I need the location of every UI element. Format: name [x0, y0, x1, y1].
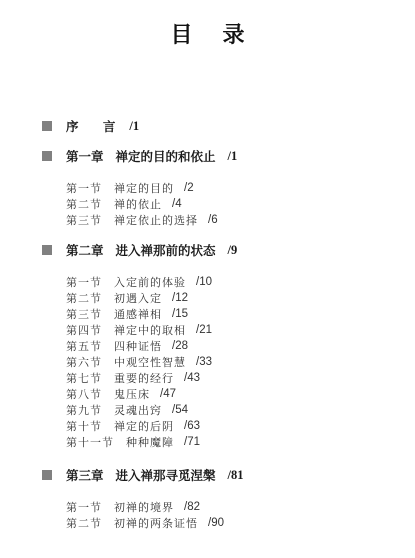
section-number: 第一节	[66, 274, 102, 290]
toc-preface[interactable]: 序 言 /1	[42, 118, 139, 134]
toc-section[interactable]: 第八节 鬼压床 /47	[66, 386, 176, 401]
toc-section[interactable]: 第七节 重要的经行 /43	[66, 370, 200, 385]
toc-chapter-3[interactable]: 第三章 进入禅那寻觅涅槃 /81	[42, 467, 244, 483]
section-page: /10	[196, 276, 212, 288]
section-number: 第十节	[66, 418, 102, 434]
section-number: 第二节	[66, 196, 102, 212]
section-title: 禅定的目的	[114, 180, 174, 196]
chapter-title: 进入禅那寻觅涅槃	[116, 466, 216, 484]
title-char-1: 目	[170, 18, 192, 49]
section-page: /90	[208, 517, 224, 529]
section-number: 第一节	[66, 499, 102, 515]
section-number: 第六节	[66, 354, 102, 370]
toc-section[interactable]: 第十节 禅定的后阴 /63	[66, 418, 200, 433]
section-page: /21	[196, 324, 212, 336]
page-title: 目录	[0, 18, 415, 49]
title-char-2: 录	[223, 18, 245, 49]
chapter-title: 禅定的目的和依止	[116, 147, 216, 165]
section-page: /71	[184, 436, 200, 448]
section-title: 入定前的体验	[114, 274, 186, 290]
bullet-square-icon	[42, 121, 52, 131]
toc-chapter-2[interactable]: 第二章 进入禅那前的状态 /9	[42, 242, 237, 258]
chapter-title: 进入禅那前的状态	[116, 241, 216, 259]
section-title: 初禅的境界	[114, 499, 174, 515]
section-number: 第七节	[66, 370, 102, 386]
section-page: /6	[208, 214, 218, 226]
toc-chapter-1[interactable]: 第一章 禅定的目的和依止 /1	[42, 148, 237, 164]
section-number: 第十一节	[66, 434, 114, 450]
section-number: 第四节	[66, 322, 102, 338]
toc-section[interactable]: 第一节 入定前的体验 /10	[66, 274, 212, 289]
toc-section[interactable]: 第四节 禅定中的取相 /21	[66, 322, 212, 337]
section-page: /2	[184, 182, 194, 194]
section-number: 第五节	[66, 338, 102, 354]
chapter-number: 第一章	[66, 147, 104, 165]
bullet-square-icon	[42, 245, 52, 255]
toc-section[interactable]: 第三节 禅定依止的选择 /6	[66, 212, 218, 227]
section-page: /43	[184, 372, 200, 384]
section-title: 禅定依止的选择	[114, 212, 198, 228]
section-title: 重要的经行	[114, 370, 174, 386]
section-number: 第一节	[66, 180, 102, 196]
toc-section[interactable]: 第六节 中观空性智慧 /33	[66, 354, 212, 369]
section-page: /82	[184, 501, 200, 513]
section-number: 第八节	[66, 386, 102, 402]
section-number: 第九节	[66, 402, 102, 418]
section-number: 第三节	[66, 212, 102, 228]
section-page: /54	[172, 404, 188, 416]
chapter-page: /9	[228, 243, 238, 258]
section-title: 禅定中的取相	[114, 322, 186, 338]
chapter-page: /81	[228, 468, 244, 483]
chapter-page: /1	[228, 149, 238, 164]
bullet-square-icon	[42, 470, 52, 480]
toc-section[interactable]: 第十一节 种种魔障 /71	[66, 434, 200, 449]
chapter-number: 第三章	[66, 466, 104, 484]
toc-section[interactable]: 第九节 灵魂出窍 /54	[66, 402, 188, 417]
section-page: /12	[172, 292, 188, 304]
section-title: 初遇入定	[114, 290, 162, 306]
section-title: 禅定的后阴	[114, 418, 174, 434]
section-title: 初禅的两条证悟	[114, 515, 198, 531]
section-title: 灵魂出窍	[114, 402, 162, 418]
section-title: 中观空性智慧	[114, 354, 186, 370]
toc-section[interactable]: 第五节 四种证悟 /28	[66, 338, 188, 353]
section-page: /28	[172, 340, 188, 352]
preface-title: 序 言	[66, 117, 125, 135]
section-page: /15	[172, 308, 188, 320]
section-title: 通感禅相	[114, 306, 162, 322]
chapter-number: 第二章	[66, 241, 104, 259]
section-page: /63	[184, 420, 200, 432]
section-number: 第二节	[66, 290, 102, 306]
section-page: /33	[196, 356, 212, 368]
section-title: 四种证悟	[114, 338, 162, 354]
bullet-square-icon	[42, 151, 52, 161]
toc-section[interactable]: 第二节 禅的依止 /4	[66, 196, 182, 211]
section-title: 鬼压床	[114, 386, 150, 402]
toc-section[interactable]: 第一节 禅定的目的 /2	[66, 180, 194, 195]
section-page: /4	[172, 198, 182, 210]
section-number: 第三节	[66, 306, 102, 322]
toc-section[interactable]: 第二节 初禅的两条证悟 /90	[66, 515, 224, 530]
section-title: 禅的依止	[114, 196, 162, 212]
section-title: 种种魔障	[126, 434, 174, 450]
section-page: /47	[160, 388, 176, 400]
toc-section[interactable]: 第二节 初遇入定 /12	[66, 290, 188, 305]
toc-section[interactable]: 第一节 初禅的境界 /82	[66, 499, 200, 514]
section-number: 第二节	[66, 515, 102, 531]
preface-page: /1	[129, 119, 139, 134]
toc-section[interactable]: 第三节 通感禅相 /15	[66, 306, 188, 321]
